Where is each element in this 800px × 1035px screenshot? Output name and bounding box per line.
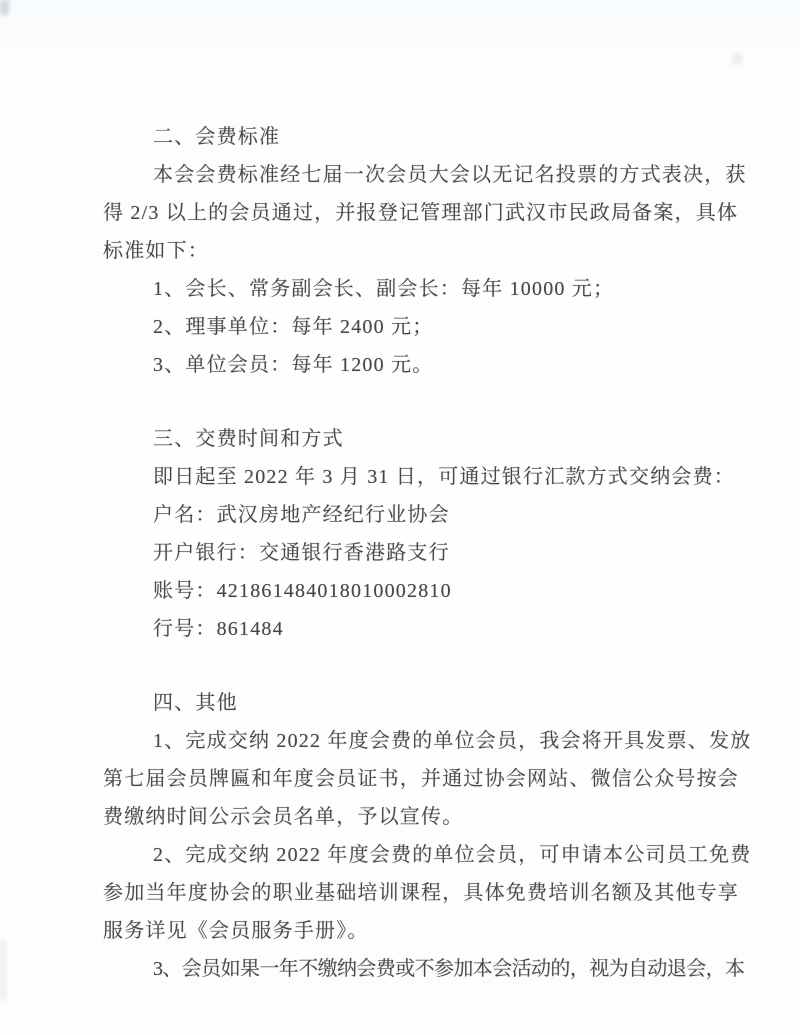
text-line: 标准如下： [103, 232, 703, 270]
document-text: 二、会费标准本会会费标准经七届一次会员大会以无记名投票的方式表决，获得 2/3 … [103, 118, 703, 988]
text-line: 账号：421861484018010002810 [103, 572, 703, 610]
section-heading: 三、交费时间和方式 [103, 420, 703, 458]
section-heading: 二、会费标准 [103, 118, 703, 156]
text-line: 2、完成交纳 2022 年度会费的单位会员，可申请本公司员工免费 [103, 836, 703, 874]
text-line: 得 2/3 以上的会员通过，并报登记管理部门武汉市民政局备案，具体 [103, 194, 703, 232]
scan-artifact-smudge [731, 53, 743, 65]
scan-artifact-corner [0, 0, 9, 15]
section-heading: 四、其他 [103, 684, 703, 722]
text-line: 开户银行：交通银行香港路支行 [103, 534, 703, 572]
text-line: 1、完成交纳 2022 年度会费的单位会员，我会将开具发票、发放 [103, 722, 703, 760]
text-line: 1、会长、常务副会长、副会长：每年 10000 元； [103, 270, 703, 308]
text-line: 户名：武汉房地产经纪行业协会 [103, 496, 703, 534]
text-line: 2、理事单位：每年 2400 元； [103, 308, 703, 346]
text-line: 费缴纳时间公示会员名单，予以宣传。 [103, 798, 703, 836]
text-line: 参加当年度协会的职业基础培训课程，具体免费培训名额及其他专享 [103, 874, 703, 912]
text-line: 第七届会员牌匾和年度会员证书，并通过协会网站、微信公众号按会 [103, 760, 703, 798]
text-line: 即日起至 2022 年 3 月 31 日，可通过银行汇款方式交纳会费： [103, 458, 703, 496]
scan-artifact-edge [0, 940, 6, 1000]
text-line: 3、会员如果一年不缴纳会费或不参加本会活动的，视为自动退会，本 [103, 950, 703, 988]
text-line: 本会会费标准经七届一次会员大会以无记名投票的方式表决，获 [103, 156, 703, 194]
text-line: 服务详见《会员服务手册》。 [103, 912, 703, 950]
text-line: 行号：861484 [103, 610, 703, 648]
text-line: 3、单位会员：每年 1200 元。 [103, 346, 703, 384]
scanned-document-page: 二、会费标准本会会费标准经七届一次会员大会以无记名投票的方式表决，获得 2/3 … [0, 0, 800, 1035]
